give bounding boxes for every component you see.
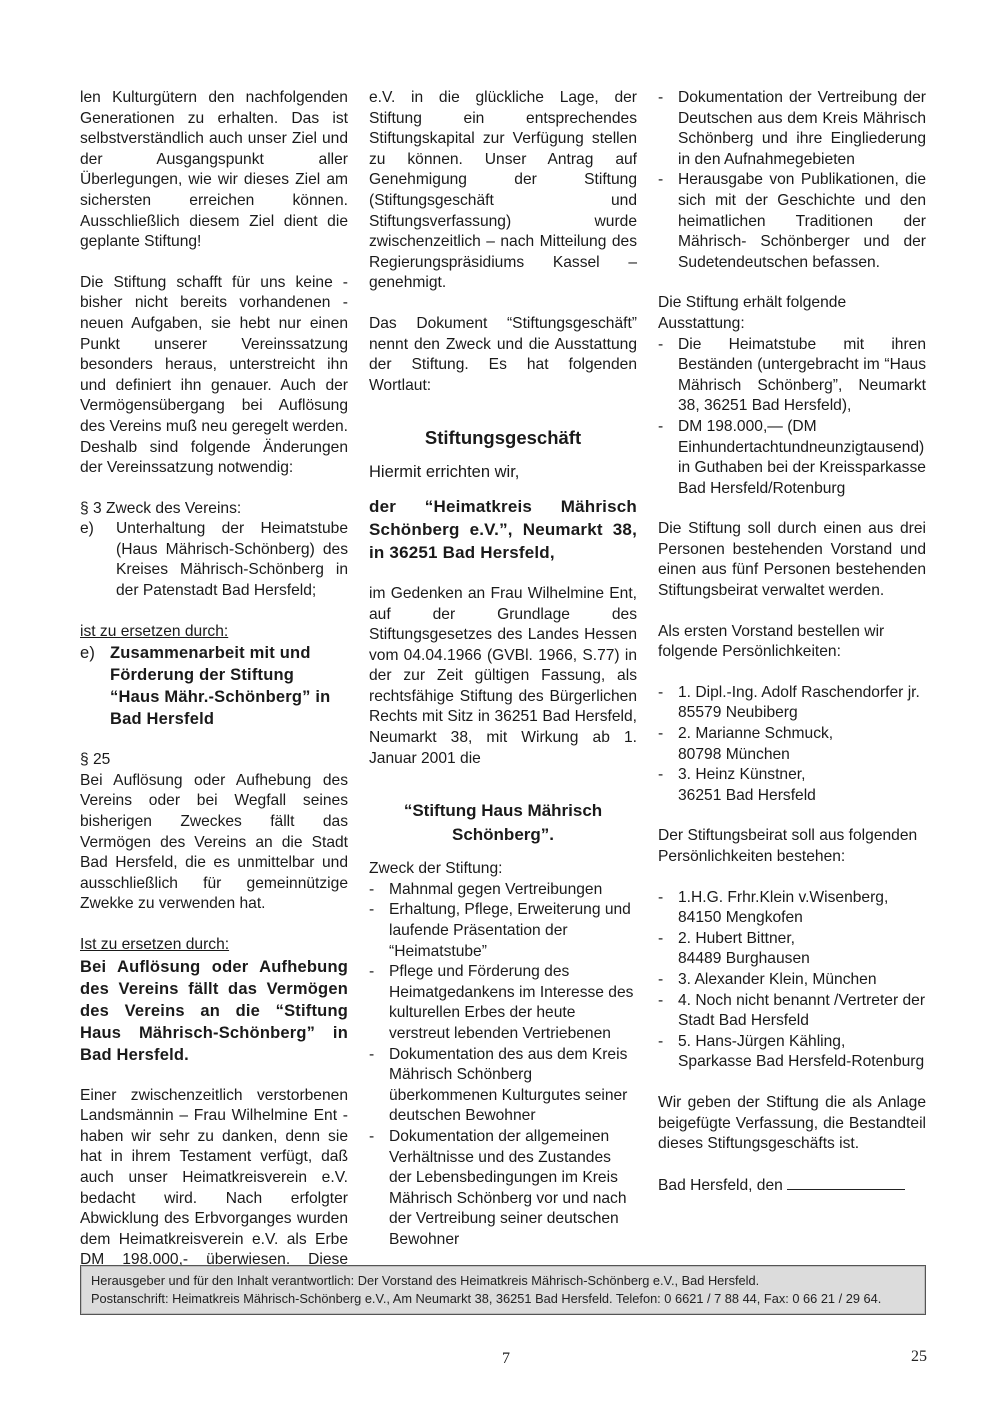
list-item: -DM 198.000,— (DM Einhundertachtundneunz… [658, 417, 926, 499]
bold-paragraph: Bei Auflösung oder Aufhebung des Vereins… [80, 956, 348, 1066]
list-item: -Dokumentation der Vertreibung der Deuts… [658, 88, 926, 170]
imprint-line-2: Postanschrift: Heimatkreis Mährisch-Schö… [91, 1290, 915, 1308]
document-heading: Stiftungsgeschäft [369, 426, 637, 450]
board-member: -3. Heinz Künstner,36251 Bad Hersfeld [658, 765, 926, 806]
list-item: -Die Heimatstube mit ihren Beständen (un… [658, 335, 926, 417]
advisory-heading: Der Stiftungsbeirat soll aus folgenden P… [658, 826, 926, 867]
board-member: -2. Marianne Schmuck,80798 München [658, 724, 926, 765]
list-item: -Dokumentation des aus dem Kreis Mährisc… [369, 1045, 637, 1127]
imprint-line-1: Herausgeber und für den Inhalt verantwor… [91, 1272, 915, 1290]
board-heading: Als ersten Vorstand bestellen wir folgen… [658, 622, 926, 663]
signature-line: Bad Hersfeld, den [658, 1175, 926, 1197]
paragraph: Wir geben der Stiftung die als Anlage be… [658, 1093, 926, 1155]
list-item: -Erhaltung, Pflege, Erweiterung und lauf… [369, 900, 637, 962]
column-1: len Kulturgütern den nachfolgenden Gener… [80, 88, 348, 1312]
advisory-member: -3. Alexander Klein, München [658, 970, 926, 991]
list-item: -Herausgabe von Publikationen, die sich … [658, 170, 926, 273]
paragraph: im Gedenken an Frau Wilhelmine Ent, auf … [369, 584, 637, 769]
replace-label: ist zu ersetzen durch: [80, 622, 348, 643]
paragraph: Die Stiftung soll durch einen aus drei P… [658, 519, 926, 601]
column-3: -Dokumentation der Vertreibung der Deuts… [658, 88, 926, 1196]
section-heading: § 25 [80, 750, 348, 771]
paragraph: Das Dokument “Stiftungsgeschäft” nennt d… [369, 314, 637, 396]
list-item: -Mahnmal gegen Vertreibungen [369, 880, 637, 901]
foundation-name: “Stiftung Haus Mährisch Schönberg”. [369, 799, 637, 847]
advisory-member: -2. Hubert Bittner,84489 Burghausen [658, 929, 926, 970]
endowment-heading: Die Stiftung erhält folgende Ausstattung… [658, 293, 926, 334]
purpose-heading: Zweck der Stiftung: [369, 859, 637, 880]
intro-line: Hiermit errichten wir, [369, 462, 637, 483]
advisory-member: -1.H.G. Frhr.Klein v.Wisenberg,84150 Men… [658, 888, 926, 929]
page-number-right: 25 [911, 1348, 927, 1366]
signature-blank [787, 1175, 905, 1190]
founder-block: der “Heimatkreis Mährisch Schönberg e.V.… [369, 495, 637, 564]
column-2: e.V. in die glückliche Lage, der Stiftun… [369, 88, 637, 1251]
paragraph: Bei Auflösung oder Aufhebung des Vereins… [80, 771, 348, 915]
list-item: -Pflege und Förderung des Heimatgedanken… [369, 962, 637, 1044]
list-item: e) Unterhaltung der Heimatstube (Haus Mä… [80, 519, 348, 601]
page-number-center: 7 [502, 1350, 510, 1368]
board-member: -1. Dipl.-Ing. Adolf Raschendorfer jr.85… [658, 683, 926, 724]
paragraph: len Kulturgütern den nachfolgenden Gener… [80, 88, 348, 253]
section-heading: § 3 Zweck des Vereins: [80, 499, 348, 520]
advisory-member: -4. Noch nicht benannt /Vertreter der St… [658, 991, 926, 1032]
list-item: -Dokumentation der allgemeinen Verhältni… [369, 1127, 637, 1251]
replace-label: Ist zu ersetzen durch: [80, 935, 348, 956]
advisory-member: -5. Hans-Jürgen Kähling,Sparkasse Bad He… [658, 1032, 926, 1073]
paragraph: Die Stiftung schafft für uns keine - bis… [80, 273, 348, 479]
paragraph: e.V. in die glückliche Lage, der Stiftun… [369, 88, 637, 294]
list-item: e) Zusammenarbeit mit und Förderung der … [80, 642, 348, 730]
imprint-box: Herausgeber und für den Inhalt verantwor… [80, 1265, 926, 1315]
